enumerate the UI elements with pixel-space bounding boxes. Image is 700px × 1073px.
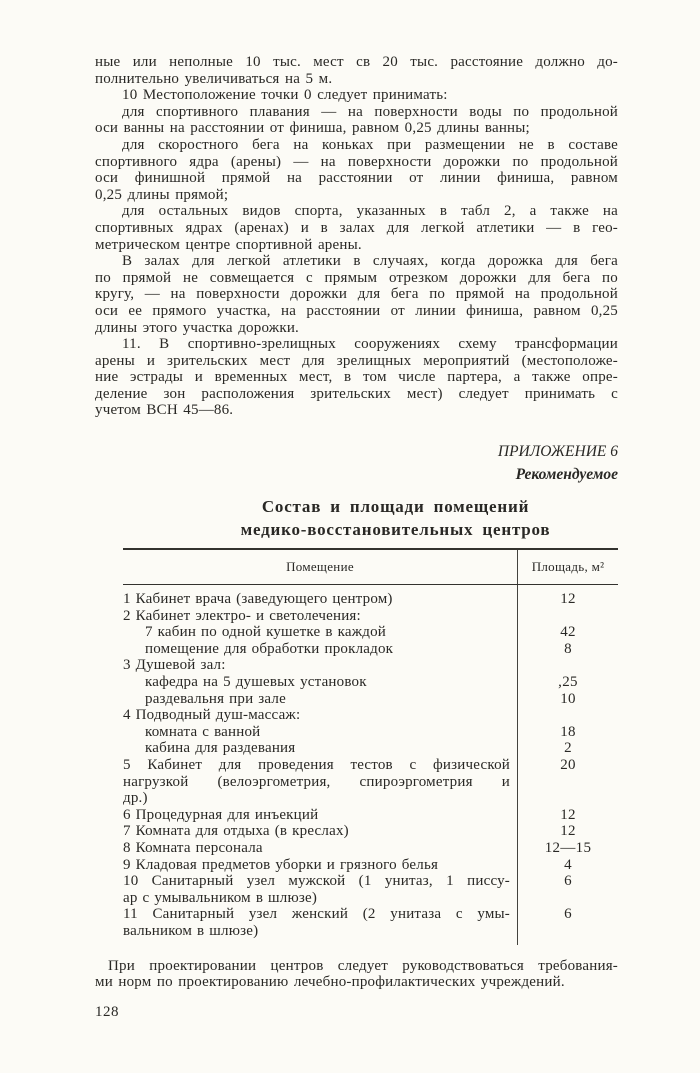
premise-cell: 4 Подводный душ-массаж: [123, 707, 517, 724]
area-cell: 4 [517, 857, 618, 874]
premise-cell: 1 Кабинет врача (заведующего центром) [123, 585, 517, 608]
table-row: ар с умывальником в шлюзе) [123, 890, 618, 907]
footer-note-line: ми норм по проектированию лечебно-профил… [95, 974, 618, 991]
table-row: кабина для раздевания2 [123, 740, 618, 757]
table-header-row: Помещение Площадь, м² [123, 550, 618, 585]
body-text-line: для остальных видов спорта, указанных в … [95, 203, 618, 220]
premise-cell: 6 Процедурная для инъекций [123, 807, 517, 824]
body-text-line: спортивного ядра (арены) — на поверхност… [95, 154, 618, 171]
table-row: комната с ванной18 [123, 724, 618, 741]
table-row: 8 Комната персонала12—15 [123, 840, 618, 857]
table-row: кафедра на 5 душевых установок,25 [123, 674, 618, 691]
body-text-line: метрическом центре спортивной арены. [95, 237, 618, 254]
section-heading-line2: медико-восстановительных центров [173, 518, 618, 541]
table-body: 1 Кабинет врача (заведующего центром)12 … [123, 585, 618, 944]
body-text-line: по прямой не совмещается с прямым отрезк… [95, 270, 618, 287]
premise-cell: 7 кабин по одной кушетке в каждой [123, 624, 517, 641]
table-row: 9 Кладовая предметов уборки и грязного б… [123, 857, 618, 874]
body-text: ные или неполные 10 тыс. мест св 20 тыс.… [95, 54, 618, 419]
premise-cell: комната с ванной [123, 724, 517, 741]
table-row: вальником в шлюзе) [123, 923, 618, 945]
area-cell [517, 923, 618, 945]
table-row: 4 Подводный душ-массаж: [123, 707, 618, 724]
premise-cell: 8 Комната персонала [123, 840, 517, 857]
column-header-premise: Помещение [123, 559, 517, 575]
area-cell [517, 657, 618, 674]
body-text-line: ние эстрады и временных мест, в том числ… [95, 369, 618, 386]
text-column: ные или неполные 10 тыс. мест св 20 тыс.… [95, 54, 618, 1021]
body-text-line: оси ванны на расстоянии от финиша, равно… [95, 120, 618, 137]
area-cell: 6 [517, 906, 618, 923]
premise-cell: вальником в шлюзе) [123, 923, 517, 945]
body-text-line: ные или неполные 10 тыс. мест св 20 тыс.… [95, 54, 618, 71]
premise-cell: 11 Санитарный узел женский (2 унитаза с … [123, 906, 517, 923]
table-row: 3 Душевой зал: [123, 657, 618, 674]
body-text-line: для скоростного бега на коньках при разм… [95, 137, 618, 154]
premise-cell: 3 Душевой зал: [123, 657, 517, 674]
area-cell: 2 [517, 740, 618, 757]
body-text-line: полнительно увеличиваться на 5 м. [95, 71, 618, 88]
area-cell: 12 [517, 807, 618, 824]
body-text-line: 11. В спортивно-зрелищных сооружениях сх… [95, 336, 618, 353]
area-cell [517, 790, 618, 807]
table-row: помещение для обработки прокладок8 [123, 641, 618, 658]
area-cell [517, 608, 618, 625]
premise-cell: 9 Кладовая предметов уборки и грязного б… [123, 857, 517, 874]
table-row: др.) [123, 790, 618, 807]
appendix-block: ПРИЛОЖЕНИЕ 6 Рекомендуемое [95, 440, 618, 486]
table-row: нагрузкой (велоэргометрия, спироэргометр… [123, 774, 618, 791]
premises-table: Помещение Площадь, м² 1 Кабинет врача (з… [123, 548, 618, 944]
premise-cell: др.) [123, 790, 517, 807]
body-text-line: деление зон расположения зрительских мес… [95, 386, 618, 403]
area-cell [517, 890, 618, 907]
premise-cell: ар с умывальником в шлюзе) [123, 890, 517, 907]
area-cell: 10 [517, 691, 618, 708]
body-text-line: кругу, — на поверхности дорожки для бега… [95, 286, 618, 303]
area-cell [517, 774, 618, 791]
body-text-line: В залах для легкой атлетики в случаях, к… [95, 253, 618, 270]
premise-cell: кабина для раздевания [123, 740, 517, 757]
table-row: 11 Санитарный узел женский (2 унитаза с … [123, 906, 618, 923]
table-row: раздевальня при зале10 [123, 691, 618, 708]
area-cell: 42 [517, 624, 618, 641]
table-row: 1 Кабинет врача (заведующего центром)12 [123, 585, 618, 608]
area-cell: 18 [517, 724, 618, 741]
area-cell [517, 707, 618, 724]
table-row: 6 Процедурная для инъекций12 [123, 807, 618, 824]
area-cell: 12 [517, 823, 618, 840]
body-text-line: оси финишной прямой на расстоянии от лин… [95, 170, 618, 187]
body-text-line: оси ее прямого участка, на расстоянии от… [95, 303, 618, 320]
body-text-line: спортивных ядрах (аренах) и в залах для … [95, 220, 618, 237]
area-cell: 12 [517, 585, 618, 608]
footer-note: При проектировании центров следует руков… [95, 958, 618, 991]
premise-cell: кафедра на 5 душевых установок [123, 674, 517, 691]
body-text-line: длины этого участка дорожки. [95, 320, 618, 337]
area-cell: ,25 [517, 674, 618, 691]
body-text-line: для спортивного плавания — на поверхност… [95, 104, 618, 121]
premise-cell: нагрузкой (велоэргометрия, спироэргометр… [123, 774, 517, 791]
column-header-area: Площадь, м² [517, 550, 618, 584]
premise-cell: 5 Кабинет для проведения тестов с физиче… [123, 757, 517, 774]
scanned-page: ные или неполные 10 тыс. мест св 20 тыс.… [0, 0, 700, 1073]
premise-cell: раздевальня при зале [123, 691, 517, 708]
table-row: 5 Кабинет для проведения тестов с физиче… [123, 757, 618, 774]
table-row: 10 Санитарный узел мужской (1 унитаз, 1 … [123, 873, 618, 890]
footer-note-line: При проектировании центров следует руков… [95, 958, 618, 975]
body-text-line: 10 Местоположение точки 0 следует приним… [95, 87, 618, 104]
body-text-line: учетом ВСН 45—86. [95, 402, 618, 419]
table-row: 7 кабин по одной кушетке в каждой42 [123, 624, 618, 641]
table-row: 2 Кабинет электро- и светолечения: [123, 608, 618, 625]
area-cell: 20 [517, 757, 618, 774]
area-cell: 8 [517, 641, 618, 658]
premise-cell: 7 Комната для отдыха (в креслах) [123, 823, 517, 840]
body-text-line: 0,25 длины прямой; [95, 187, 618, 204]
page-number: 128 [95, 1004, 618, 1021]
section-heading: Состав и площади помещений медико-восста… [95, 495, 618, 541]
table-row: 7 Комната для отдыха (в креслах)12 [123, 823, 618, 840]
section-heading-line1: Состав и площади помещений [173, 495, 618, 518]
body-text-line: арены и зрительских мест для зрелищных м… [95, 353, 618, 370]
area-cell: 12—15 [517, 840, 618, 857]
premise-cell: помещение для обработки прокладок [123, 641, 517, 658]
appendix-label: ПРИЛОЖЕНИЕ 6 [95, 440, 618, 463]
premise-cell: 10 Санитарный узел мужской (1 унитаз, 1 … [123, 873, 517, 890]
premise-cell: 2 Кабинет электро- и светолечения: [123, 608, 517, 625]
area-cell: 6 [517, 873, 618, 890]
appendix-recommended-label: Рекомендуемое [95, 463, 618, 486]
